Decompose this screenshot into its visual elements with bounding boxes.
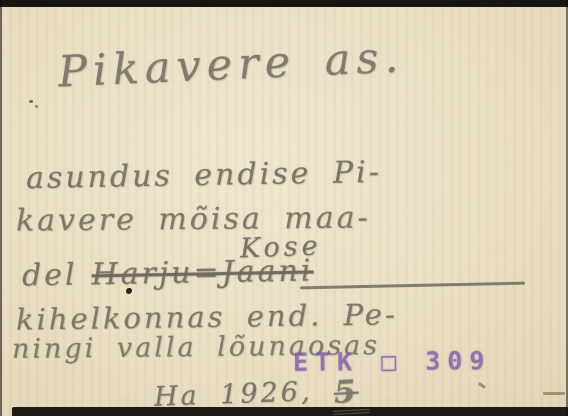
- scanned-index-card: Pikavere as. asundus endise Pi- kavere m…: [0, 0, 568, 416]
- pencil-speck: [29, 100, 33, 103]
- pencil-dash-mark: [543, 392, 565, 395]
- scan-edge-top: [0, 0, 568, 7]
- scan-edge-bottom: [12, 407, 568, 416]
- strikethrough-extension-line: [300, 282, 525, 290]
- footer-date-note: Ha 1926,: [154, 376, 314, 413]
- correction-word-above-line: Kose: [239, 231, 322, 265]
- pencil-speck: [35, 105, 38, 108]
- etk-number-stamp: ETK □ 309: [293, 346, 492, 377]
- footer-struck-mark: 5: [331, 373, 370, 415]
- ink-blot: [126, 288, 132, 294]
- pencil-tick-mark: [478, 382, 486, 389]
- card-title: Pikavere as.: [57, 32, 405, 97]
- scan-edge-left: [0, 0, 2, 416]
- body-line-3-start: del: [22, 258, 78, 294]
- body-line-1: asundus endise Pi-: [26, 155, 382, 196]
